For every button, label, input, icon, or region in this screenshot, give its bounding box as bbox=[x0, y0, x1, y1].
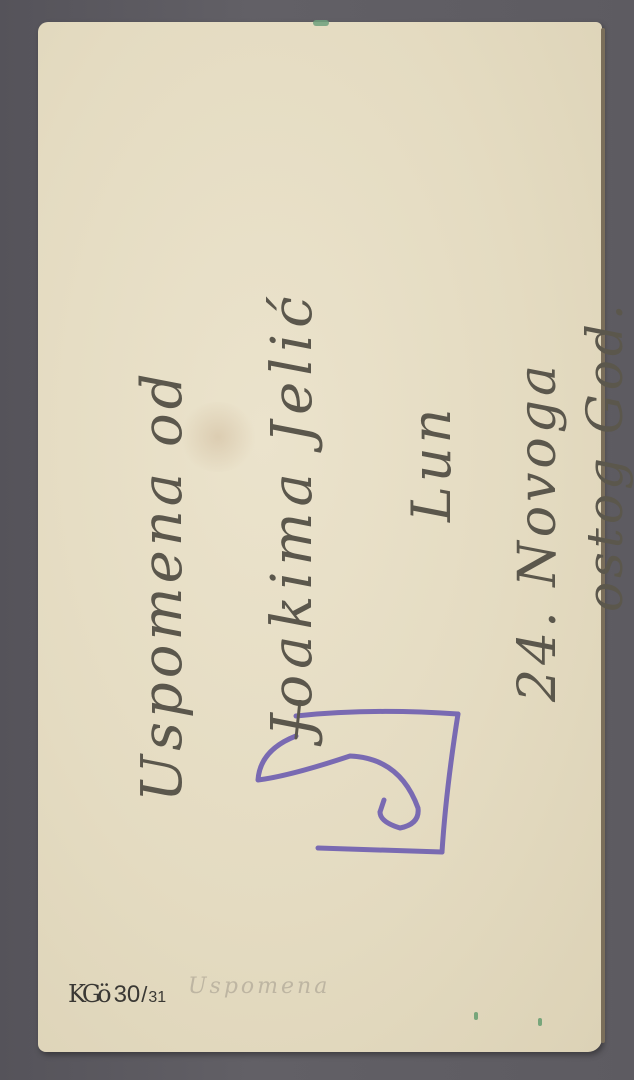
stamp-number: 30 bbox=[114, 981, 141, 1009]
looping-arrow-icon bbox=[250, 700, 470, 880]
monogram-logo: KGö bbox=[68, 980, 108, 1008]
green-ink-mark bbox=[313, 20, 329, 26]
green-ink-speck bbox=[474, 1012, 478, 1020]
stamp-separator: / bbox=[141, 982, 147, 1008]
handwriting-line-2: Joakima Jelić bbox=[260, 291, 325, 737]
green-ink-speck bbox=[538, 1018, 542, 1026]
handwriting-line-4: 24. Novoga bbox=[508, 361, 568, 702]
printer-stamp: KGö 30 / 31 bbox=[68, 980, 166, 1009]
faint-erased-text: Uspomena bbox=[188, 974, 330, 999]
handwriting-line-5: ostog God. bbox=[576, 300, 634, 612]
handwriting-line-3: Lun bbox=[400, 405, 463, 522]
stamp-subnumber: 31 bbox=[148, 989, 166, 1007]
handwriting-line-1: Uspomena od bbox=[130, 369, 195, 802]
handwritten-card: Uspomena od Joakima Jelić Lun 24. Novoga… bbox=[38, 22, 602, 1052]
